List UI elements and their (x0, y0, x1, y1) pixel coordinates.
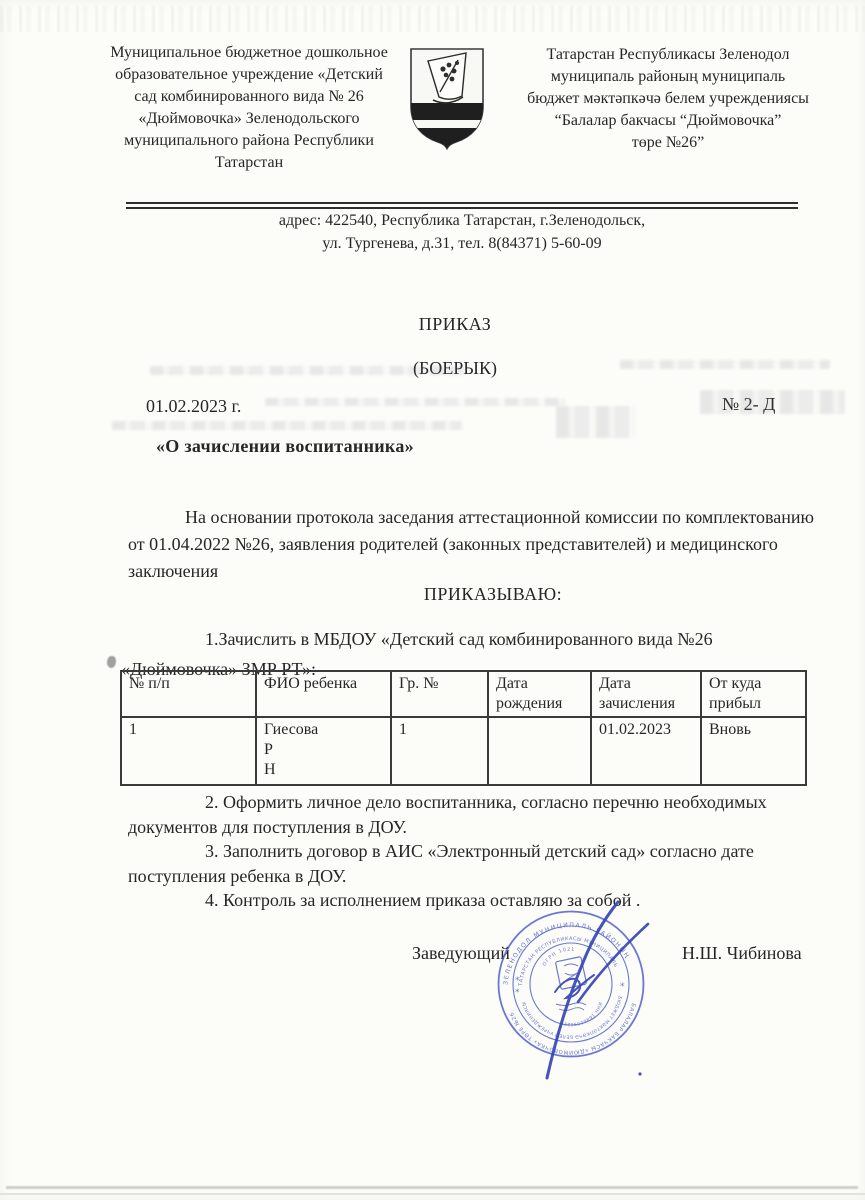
col-header-birth: Дата рождения (488, 671, 591, 717)
org-name-russian: Муниципальное бюджетное дошкольное образ… (90, 42, 408, 174)
cell-origin: Вновь (701, 717, 806, 785)
basis-line: от 01.04.2022 №26, заявления родителей (… (128, 531, 808, 558)
table-row: 1 Гиесова Р Н 1 01.02.2023 Вновь (121, 717, 806, 785)
scan-edge-bottom (6, 1186, 858, 1189)
col-header-enroll: Дата зачисления (591, 671, 701, 717)
org-left-line: сад комбинированного вида № 26 (90, 86, 408, 108)
org-right-line: төре №26” (498, 132, 838, 154)
coat-of-arms-icon (404, 44, 490, 155)
item-line: 2. Оформить личное дело воспитанника, со… (128, 790, 818, 815)
bleed-through-artifact (112, 421, 462, 430)
address-line: ул. Тургенева, д.31, тел. 8(84371) 5-60-… (132, 232, 792, 255)
org-right-line: бюджет мәктәпкәчә белем учреждениясы (498, 88, 838, 110)
col-header-origin: От куда прибыл (701, 671, 806, 717)
signature-icon (480, 880, 700, 1115)
item-line: 1.Зачислить в МБДОУ «Детский сад комбини… (128, 624, 818, 654)
org-address: адрес: 422540, Республика Татарстан, г.З… (132, 209, 792, 255)
enrollment-table: № п/п ФИО ребенка Гр. № Дата рождения Да… (120, 670, 807, 786)
fio-line: Н (264, 760, 383, 780)
col-header-fio: ФИО ребенка (256, 671, 391, 717)
bleed-through-artifact (150, 366, 470, 375)
resolution-word: ПРИКАЗЫВАЮ: (150, 584, 836, 605)
scan-noise-top (0, 6, 865, 32)
cell-group: 1 (391, 717, 488, 785)
bleed-through-artifact (620, 360, 830, 369)
org-left-line: образовательное учреждение «Детский (90, 64, 408, 86)
letterhead-divider (126, 202, 798, 209)
org-left-line: «Дюймовочка» Зеленодольского (90, 108, 408, 130)
order-subject: «О зачислении воспитанника» (156, 436, 414, 457)
scan-edge-bottom (0, 1193, 865, 1195)
org-left-line: Муниципальное бюджетное дошкольное (90, 42, 408, 64)
cell-birth-date (488, 717, 591, 785)
col-header-num: № п/п (121, 671, 256, 717)
cell-num: 1 (121, 717, 256, 785)
fio-line: Р (264, 740, 383, 760)
bleed-through-artifact (700, 390, 845, 414)
item-line: 4. Контроль за исполнением приказа остав… (128, 888, 818, 913)
org-left-line: муниципального района Республики (90, 130, 408, 152)
order-basis-paragraph: На основании протокола заседания аттеста… (128, 504, 808, 585)
cell-fio: Гиесова Р Н (256, 717, 391, 785)
org-right-line: муниципаль районың муниципаль (498, 66, 838, 88)
bleed-through-artifact (265, 398, 565, 406)
address-line: адрес: 422540, Республика Татарстан, г.З… (132, 209, 792, 232)
org-right-line: “Балалар бакчасы “Дюймовочка” (498, 110, 838, 132)
item-line: поступления ребенка в ДОУ. (128, 864, 818, 889)
item-line: документов для поступления в ДОУ. (128, 815, 818, 840)
order-items-2-4: 2. Оформить личное дело воспитанника, со… (128, 790, 818, 913)
org-left-line: Татарстан (90, 152, 408, 174)
org-name-tatar: Татарстан Республикасы Зеленодол муницип… (498, 44, 838, 154)
cell-enroll-date: 01.02.2023 (591, 717, 701, 785)
basis-line: заключения (128, 558, 808, 585)
col-header-group: Гр. № (391, 671, 488, 717)
bleed-through-artifact (556, 406, 636, 438)
table-header-row: № п/п ФИО ребенка Гр. № Дата рождения Да… (121, 671, 806, 717)
org-right-line: Татарстан Республикасы Зеленодол (498, 44, 838, 66)
item-line: 3. Заполнить договор в АИС «Электронный … (128, 839, 818, 864)
ink-blot-artifact (107, 656, 116, 668)
order-date: 01.02.2023 г. (146, 396, 241, 417)
fio-line: Гиесова (264, 720, 383, 740)
order-title: ПРИКАЗ (45, 314, 865, 335)
scanned-order-document: Муниципальное бюджетное дошкольное образ… (0, 0, 865, 1200)
basis-line: На основании протокола заседания аттеста… (128, 504, 808, 531)
